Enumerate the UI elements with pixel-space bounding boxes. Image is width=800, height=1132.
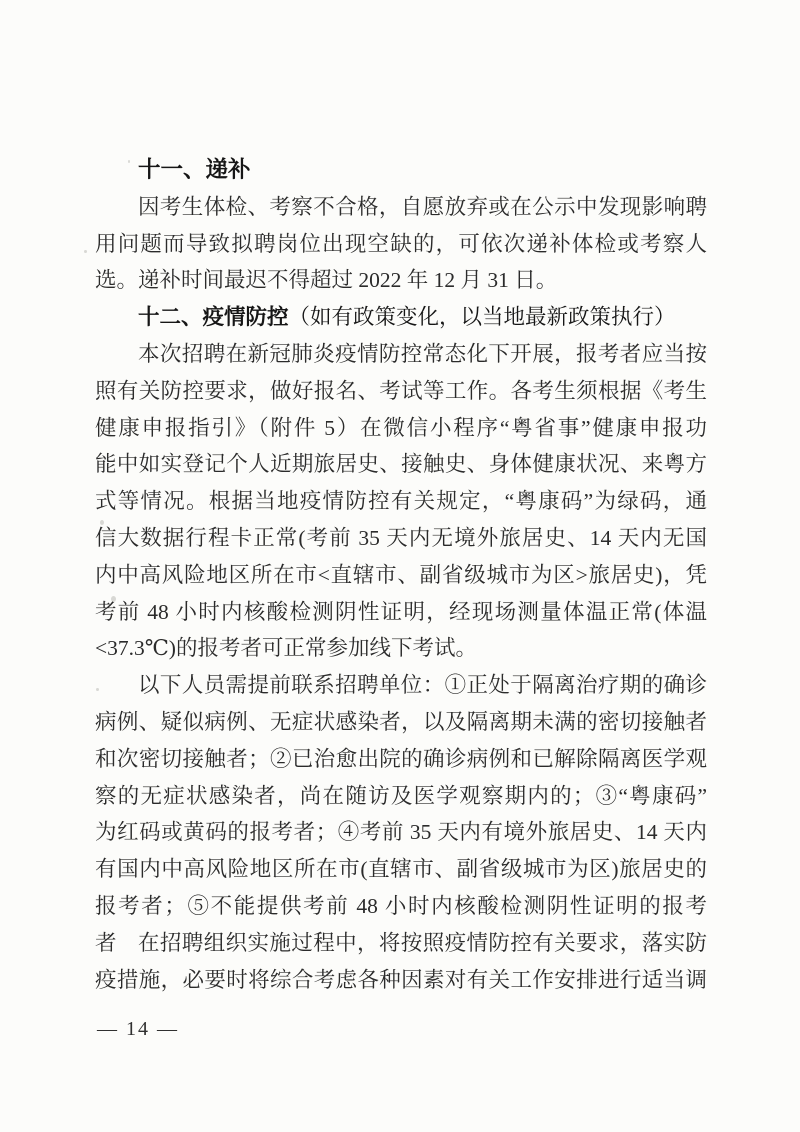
text-line: 照有关防控要求，做好报名、考试等工作。各考生须根据《考生 <box>95 373 707 410</box>
text-line: 信大数据行程卡正常(考前 35 天内无境外旅居史、14 天内无国 <box>95 520 707 557</box>
text-segment: <37.3℃)的报考者可正常参加线下考试。 <box>95 636 477 660</box>
text-segment: 十二、疫情防控 <box>138 305 289 329</box>
text-segment: 用问题而导致拟聘岗位出现空缺的，可依次递补体检或考察人 <box>95 232 707 256</box>
text-segment: 信大数据行程卡正常(考前 35 天内无境外旅居史、14 天内无国 <box>95 526 707 550</box>
text-segment: 在招聘组织实施过程中，将按照疫情防控有关要求，落实防 <box>138 931 707 955</box>
text-line: 能中如实登记个人近期旅居史、接触史、身体健康状况、来粤方 <box>95 446 707 483</box>
text-segment: 考前 48 小时内核酸检测阴性证明，经现场测量体温正常(体温 <box>95 600 707 624</box>
text-line: 和次密切接触者；②已治愈出院的确诊病例和已解除隔离医学观 <box>95 741 707 778</box>
scan-speck <box>84 250 87 253</box>
text-segment: 因考生体检、考察不合格，自愿放弃或在公示中发现影响聘 <box>138 195 707 219</box>
text-segment: 病例、疑似病例、无症状感染者，以及隔离期未满的密切接触者 <box>95 710 707 734</box>
text-line: 疫措施，必要时将综合考虑各种因素对有关工作安排进行适当调 <box>95 962 707 999</box>
text-line: 在招聘组织实施过程中，将按照疫情防控有关要求，落实防 <box>95 925 707 962</box>
text-segment: 和次密切接触者；②已治愈出院的确诊病例和已解除隔离医学观 <box>95 747 707 771</box>
text-segment: 十一、递补 <box>138 157 251 182</box>
text-segment: 察的无症状感染者，尚在随访及医学观察期内的；③“粤康码” <box>95 784 707 808</box>
text-line: 考前 48 小时内核酸检测阴性证明，经现场测量体温正常(体温 <box>95 594 707 631</box>
text-segment: 有国内中高风险地区所在市(直辖市、副省级城市为区)旅居史的 <box>95 857 707 881</box>
text-line: 报考者；⑤不能提供考前 48 小时内核酸检测阴性证明的报考者。 <box>95 888 707 925</box>
text-line: 有国内中高风险地区所在市(直辖市、副省级城市为区)旅居史的 <box>95 851 707 888</box>
text-segment: 内中高风险地区所在市<直辖市、副省级城市为区>旅居史)，凭 <box>95 563 707 587</box>
text-segment: 健康申报指引》（附件 5）在微信小程序“粤省事”健康申报功 <box>95 416 707 440</box>
text-line: 因考生体检、考察不合格，自愿放弃或在公示中发现影响聘 <box>95 189 707 226</box>
page-number: — 14 — <box>97 1014 179 1044</box>
text-segment: 式等情况。根据当地疫情防控有关规定，“粤康码”为绿码，通 <box>95 489 707 513</box>
document-lines: 十一、递补因考生体检、考察不合格，自愿放弃或在公示中发现影响聘用问题而导致拟聘岗… <box>95 152 707 998</box>
text-line: <37.3℃)的报考者可正常参加线下考试。 <box>95 630 707 667</box>
text-line: 察的无症状感染者，尚在随访及医学观察期内的；③“粤康码” <box>95 778 707 815</box>
text-line: 以下人员需提前联系招聘单位：①正处于隔离治疗期的确诊 <box>95 667 707 704</box>
text-segment: 照有关防控要求，做好报名、考试等工作。各考生须根据《考生 <box>95 379 707 403</box>
text-line: 用问题而导致拟聘岗位出现空缺的，可依次递补体检或考察人 <box>95 226 707 263</box>
text-segment: 以下人员需提前联系招聘单位：①正处于隔离治疗期的确诊 <box>138 673 707 697</box>
text-segment: 本次招聘在新冠肺炎疫情防控常态化下开展，报考者应当按 <box>138 342 707 366</box>
text-segment: 选。递补时间最迟不得超过 2022 年 12 月 31 日。 <box>95 268 557 292</box>
text-segment: 为红码或黄码的报考者；④考前 35 天内有境外旅居史、14 天内 <box>95 820 707 844</box>
text-line: 病例、疑似病例、无症状感染者，以及隔离期未满的密切接触者 <box>95 704 707 741</box>
text-line: 式等情况。根据当地疫情防控有关规定，“粤康码”为绿码，通 <box>95 483 707 520</box>
text-line: 内中高风险地区所在市<直辖市、副省级城市为区>旅居史)，凭 <box>95 557 707 594</box>
text-line: 健康申报指引》（附件 5）在微信小程序“粤省事”健康申报功 <box>95 410 707 447</box>
document-page: 十一、递补因考生体检、考察不合格，自愿放弃或在公示中发现影响聘用问题而导致拟聘岗… <box>0 0 800 1132</box>
text-segment: 能中如实登记个人近期旅居史、接触史、身体健康状况、来粤方 <box>95 452 707 476</box>
text-segment: （如有政策变化，以当地最新政策执行） <box>289 305 676 329</box>
text-line: 十一、递补 <box>95 152 707 189</box>
text-line: 本次招聘在新冠肺炎疫情防控常态化下开展，报考者应当按 <box>95 336 707 373</box>
text-line: 为红码或黄码的报考者；④考前 35 天内有境外旅居史、14 天内 <box>95 814 707 851</box>
text-segment: 疫措施，必要时将综合考虑各种因素对有关工作安排进行适当调 <box>95 968 707 992</box>
text-line: 十二、疫情防控（如有政策变化，以当地最新政策执行） <box>95 299 707 336</box>
text-line: 选。递补时间最迟不得超过 2022 年 12 月 31 日。 <box>95 262 707 299</box>
